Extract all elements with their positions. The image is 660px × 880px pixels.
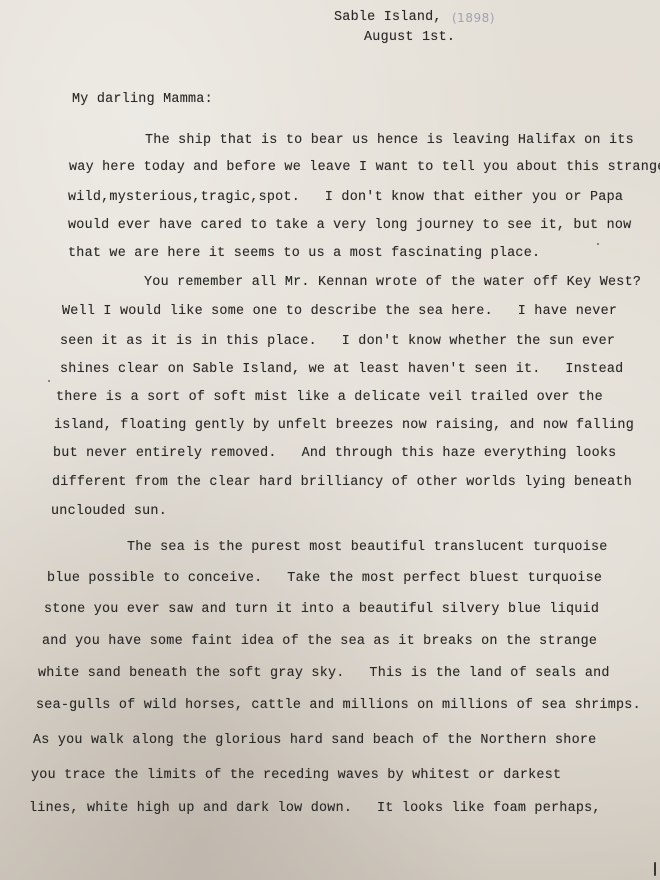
letter-date: August 1st.	[364, 30, 455, 45]
text-line: wild,mysterious,tragic,spot. I don't kno…	[68, 190, 623, 205]
text-line: You remember all Mr. Kennan wrote of the…	[144, 275, 641, 290]
text-line: sea-gulls of wild horses, cattle and mil…	[36, 698, 641, 713]
letter-place: Sable Island,	[334, 10, 442, 25]
ink-speck	[48, 380, 50, 382]
pencil-annotation: (1898)	[452, 11, 495, 25]
text-line: that we are here it seems to us a most f…	[68, 246, 540, 261]
text-line: Well I would like some one to describe t…	[62, 304, 617, 319]
text-line: there is a sort of soft mist like a deli…	[56, 390, 603, 405]
text-line: unclouded sun.	[51, 504, 167, 519]
text-line: and you have some faint idea of the sea …	[42, 634, 597, 649]
text-line: As you walk along the glorious hard sand…	[33, 733, 596, 748]
text-line: The sea is the purest most beautiful tra…	[127, 540, 608, 555]
text-line: seen it as it is in this place. I don't …	[60, 334, 615, 349]
text-line: stone you ever saw and turn it into a be…	[44, 602, 599, 617]
margin-mark	[654, 862, 656, 876]
text-line: island, floating gently by unfelt breeze…	[54, 418, 634, 433]
text-line: lines, white high up and dark low down. …	[29, 801, 601, 816]
text-line: way here today and before we leave I wan…	[69, 160, 660, 175]
text-line: different from the clear hard brilliancy…	[52, 475, 632, 490]
text-line: white sand beneath the soft gray sky. Th…	[38, 666, 610, 681]
text-line: The ship that is to bear us hence is lea…	[145, 133, 634, 148]
text-line: shines clear on Sable Island, we at leas…	[60, 362, 623, 377]
ink-speck	[597, 243, 599, 245]
text-line: you trace the limits of the receding wav…	[31, 768, 561, 783]
text-line: blue possible to conceive. Take the most…	[47, 571, 602, 586]
text-line: but never entirely removed. And through …	[53, 446, 616, 461]
salutation: My darling Mamma:	[72, 92, 213, 107]
letter-page: Sable Island, August 1st. (1898) My darl…	[0, 0, 660, 880]
text-line: would ever have cared to take a very lon…	[68, 218, 631, 233]
